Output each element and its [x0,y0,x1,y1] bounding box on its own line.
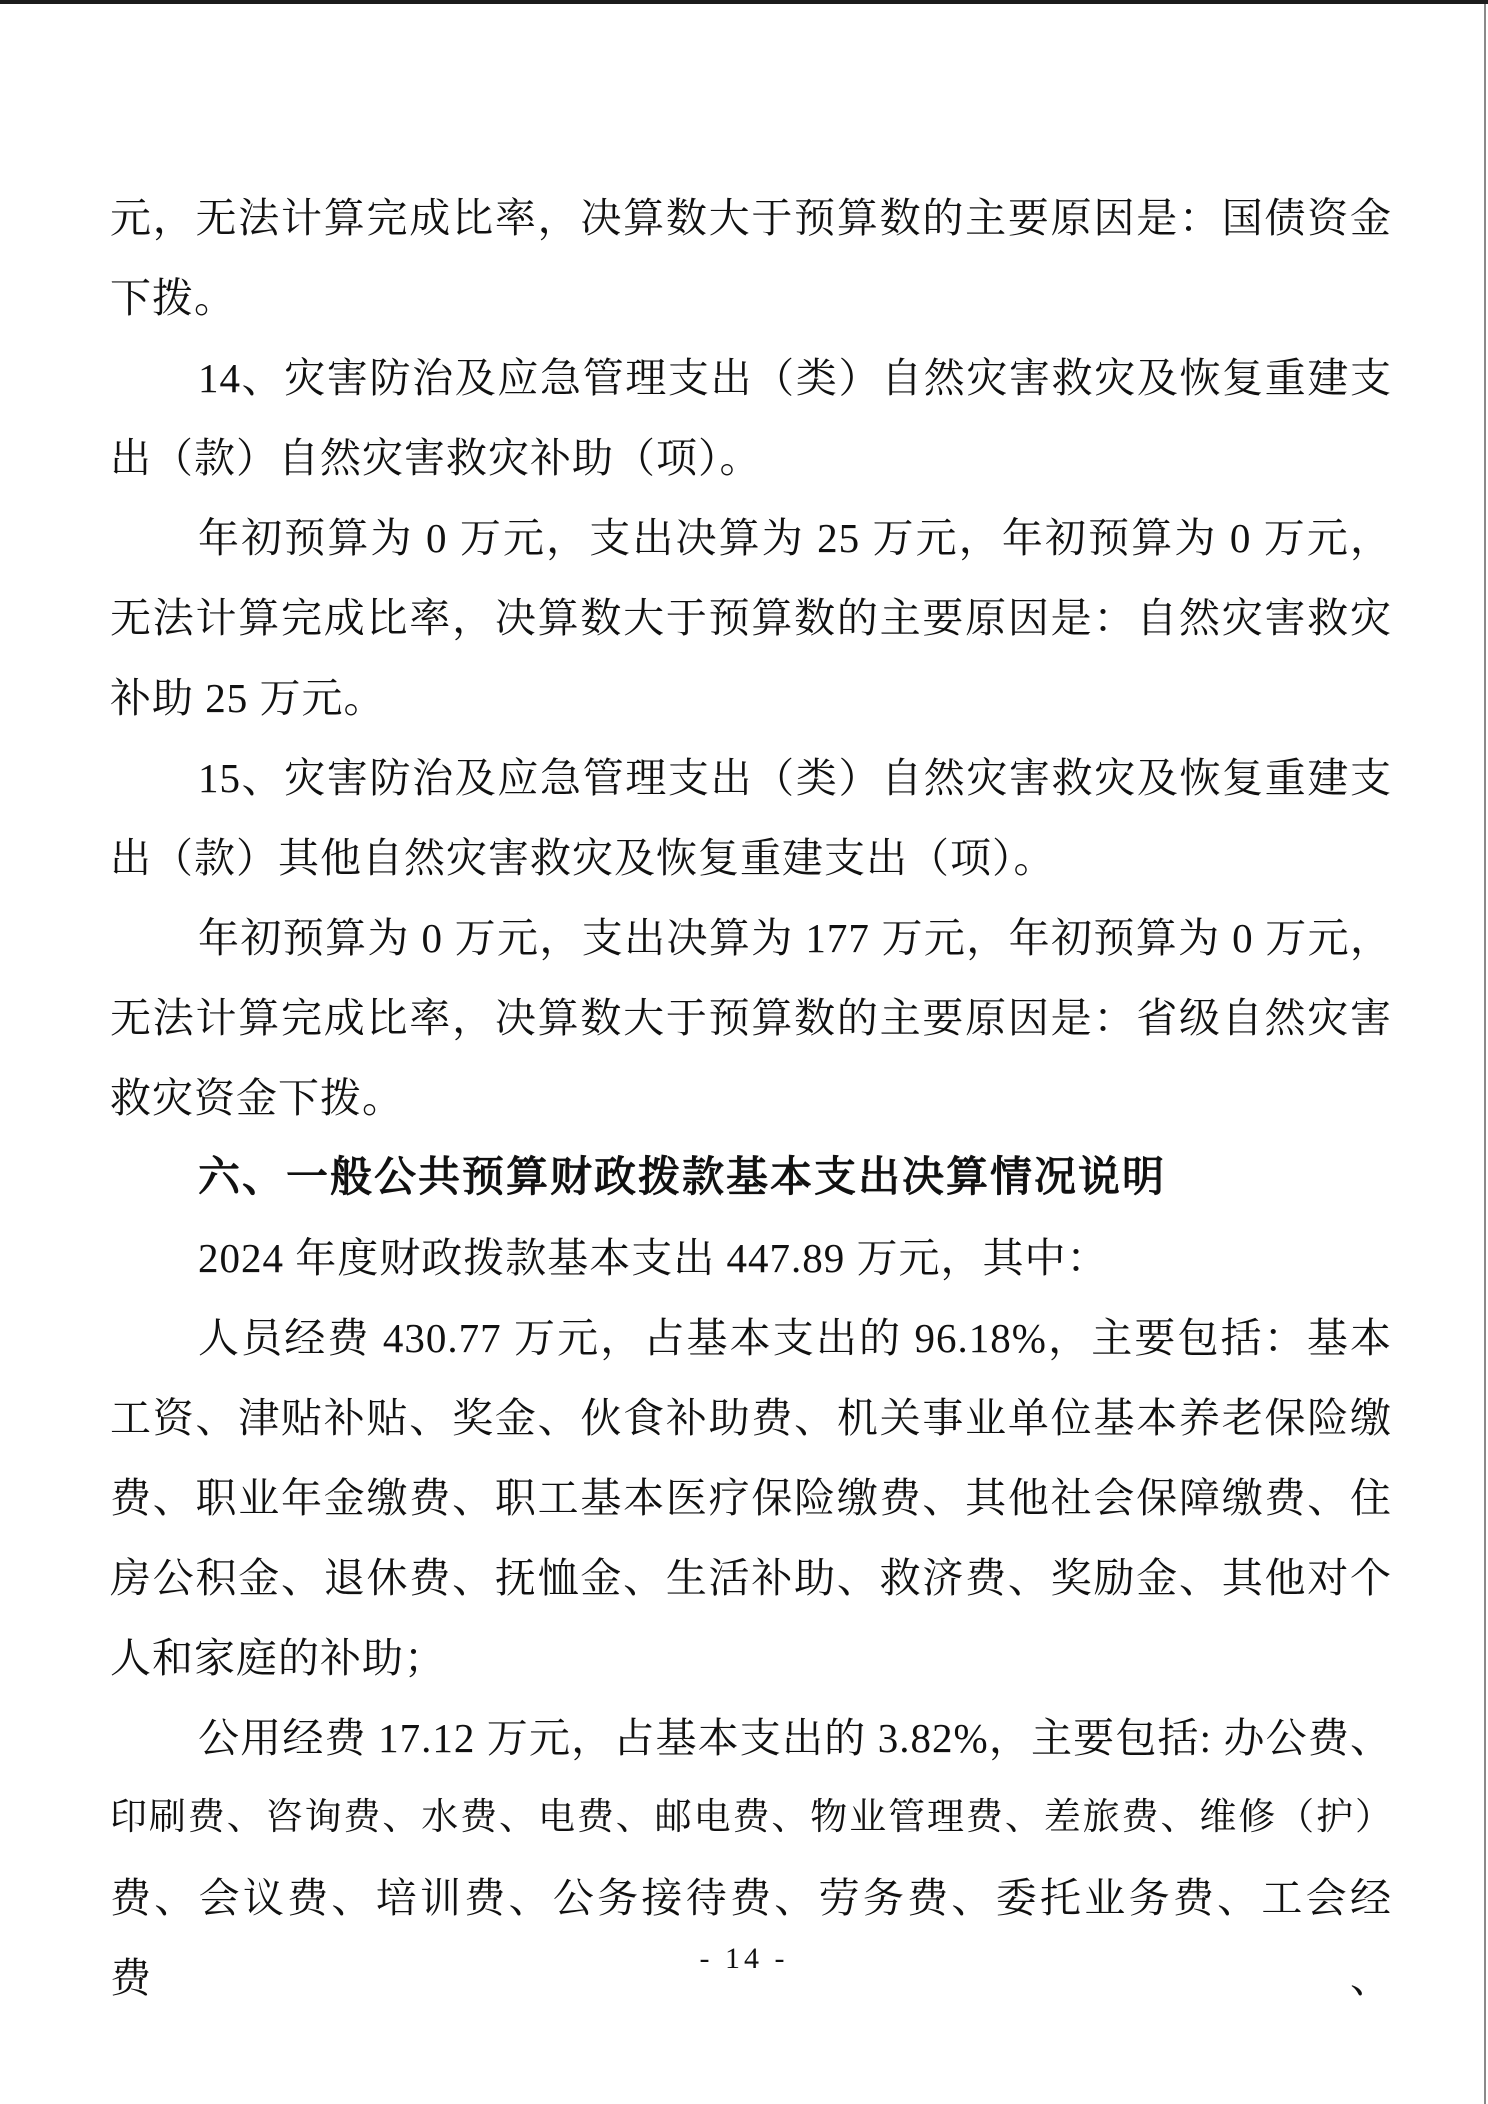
section-heading: 六、一般公共预算财政拨款基本支出决算情况说明 [110,1138,1392,1218]
text-line: 工资、津贴补贴、奖金、伙食补助费、机关事业单位基本养老保险缴 [110,1378,1392,1458]
text-line: 14、灾害防治及应急管理支出（类）自然灾害救灾及恢复重建支 [110,338,1392,418]
text-line: 费、会议费、培训费、公务接待费、劳务费、委托业务费、工会经费、 [110,1858,1392,1938]
text-line: 公用经费 17.12 万元，占基本支出的 3.82%，主要包括: 办公费、 [110,1698,1392,1778]
text-line: 费、职业年金缴费、职工基本医疗保险缴费、其他社会保障缴费、住 [110,1458,1392,1538]
text-line: 下拨。 [110,258,1392,338]
text-line: 无法计算完成比率，决算数大于预算数的主要原因是：自然灾害救灾 [110,578,1392,658]
document-page: 元，无法计算完成比率，决算数大于预算数的主要原因是：国债资金下拨。14、灾害防治… [0,0,1488,2104]
text-line: 补助 25 万元。 [110,658,1392,738]
scan-right-edge [1484,4,1486,2104]
text-lines: 元，无法计算完成比率，决算数大于预算数的主要原因是：国债资金下拨。14、灾害防治… [110,178,1392,1938]
page-number: - 14 - [0,1942,1488,1976]
text-line: 2024 年度财政拨款基本支出 447.89 万元，其中： [110,1218,1392,1298]
scan-top-edge [0,0,1488,4]
text-line: 年初预算为 0 万元，支出决算为 25 万元，年初预算为 0 万元， [110,498,1392,578]
text-line: 房公积金、退休费、抚恤金、生活补助、救济费、奖励金、其他对个 [110,1538,1392,1618]
text-line: 元，无法计算完成比率，决算数大于预算数的主要原因是：国债资金 [110,178,1392,258]
text-line: 救灾资金下拨。 [110,1058,1392,1138]
text-line: 15、灾害防治及应急管理支出（类）自然灾害救灾及恢复重建支 [110,738,1392,818]
text-line: 人员经费 430.77 万元，占基本支出的 96.18%，主要包括：基本 [110,1298,1392,1378]
text-line: 印刷费、咨询费、水费、电费、邮电费、物业管理费、差旅费、维修（护） [110,1778,1392,1858]
text-line: 出（款）自然灾害救灾补助（项）。 [110,418,1392,498]
text-line: 年初预算为 0 万元，支出决算为 177 万元，年初预算为 0 万元， [110,898,1392,978]
text-line: 出（款）其他自然灾害救灾及恢复重建支出（项）。 [110,818,1392,898]
text-line: 无法计算完成比率，决算数大于预算数的主要原因是：省级自然灾害 [110,978,1392,1058]
text-line: 人和家庭的补助； [110,1618,1392,1698]
